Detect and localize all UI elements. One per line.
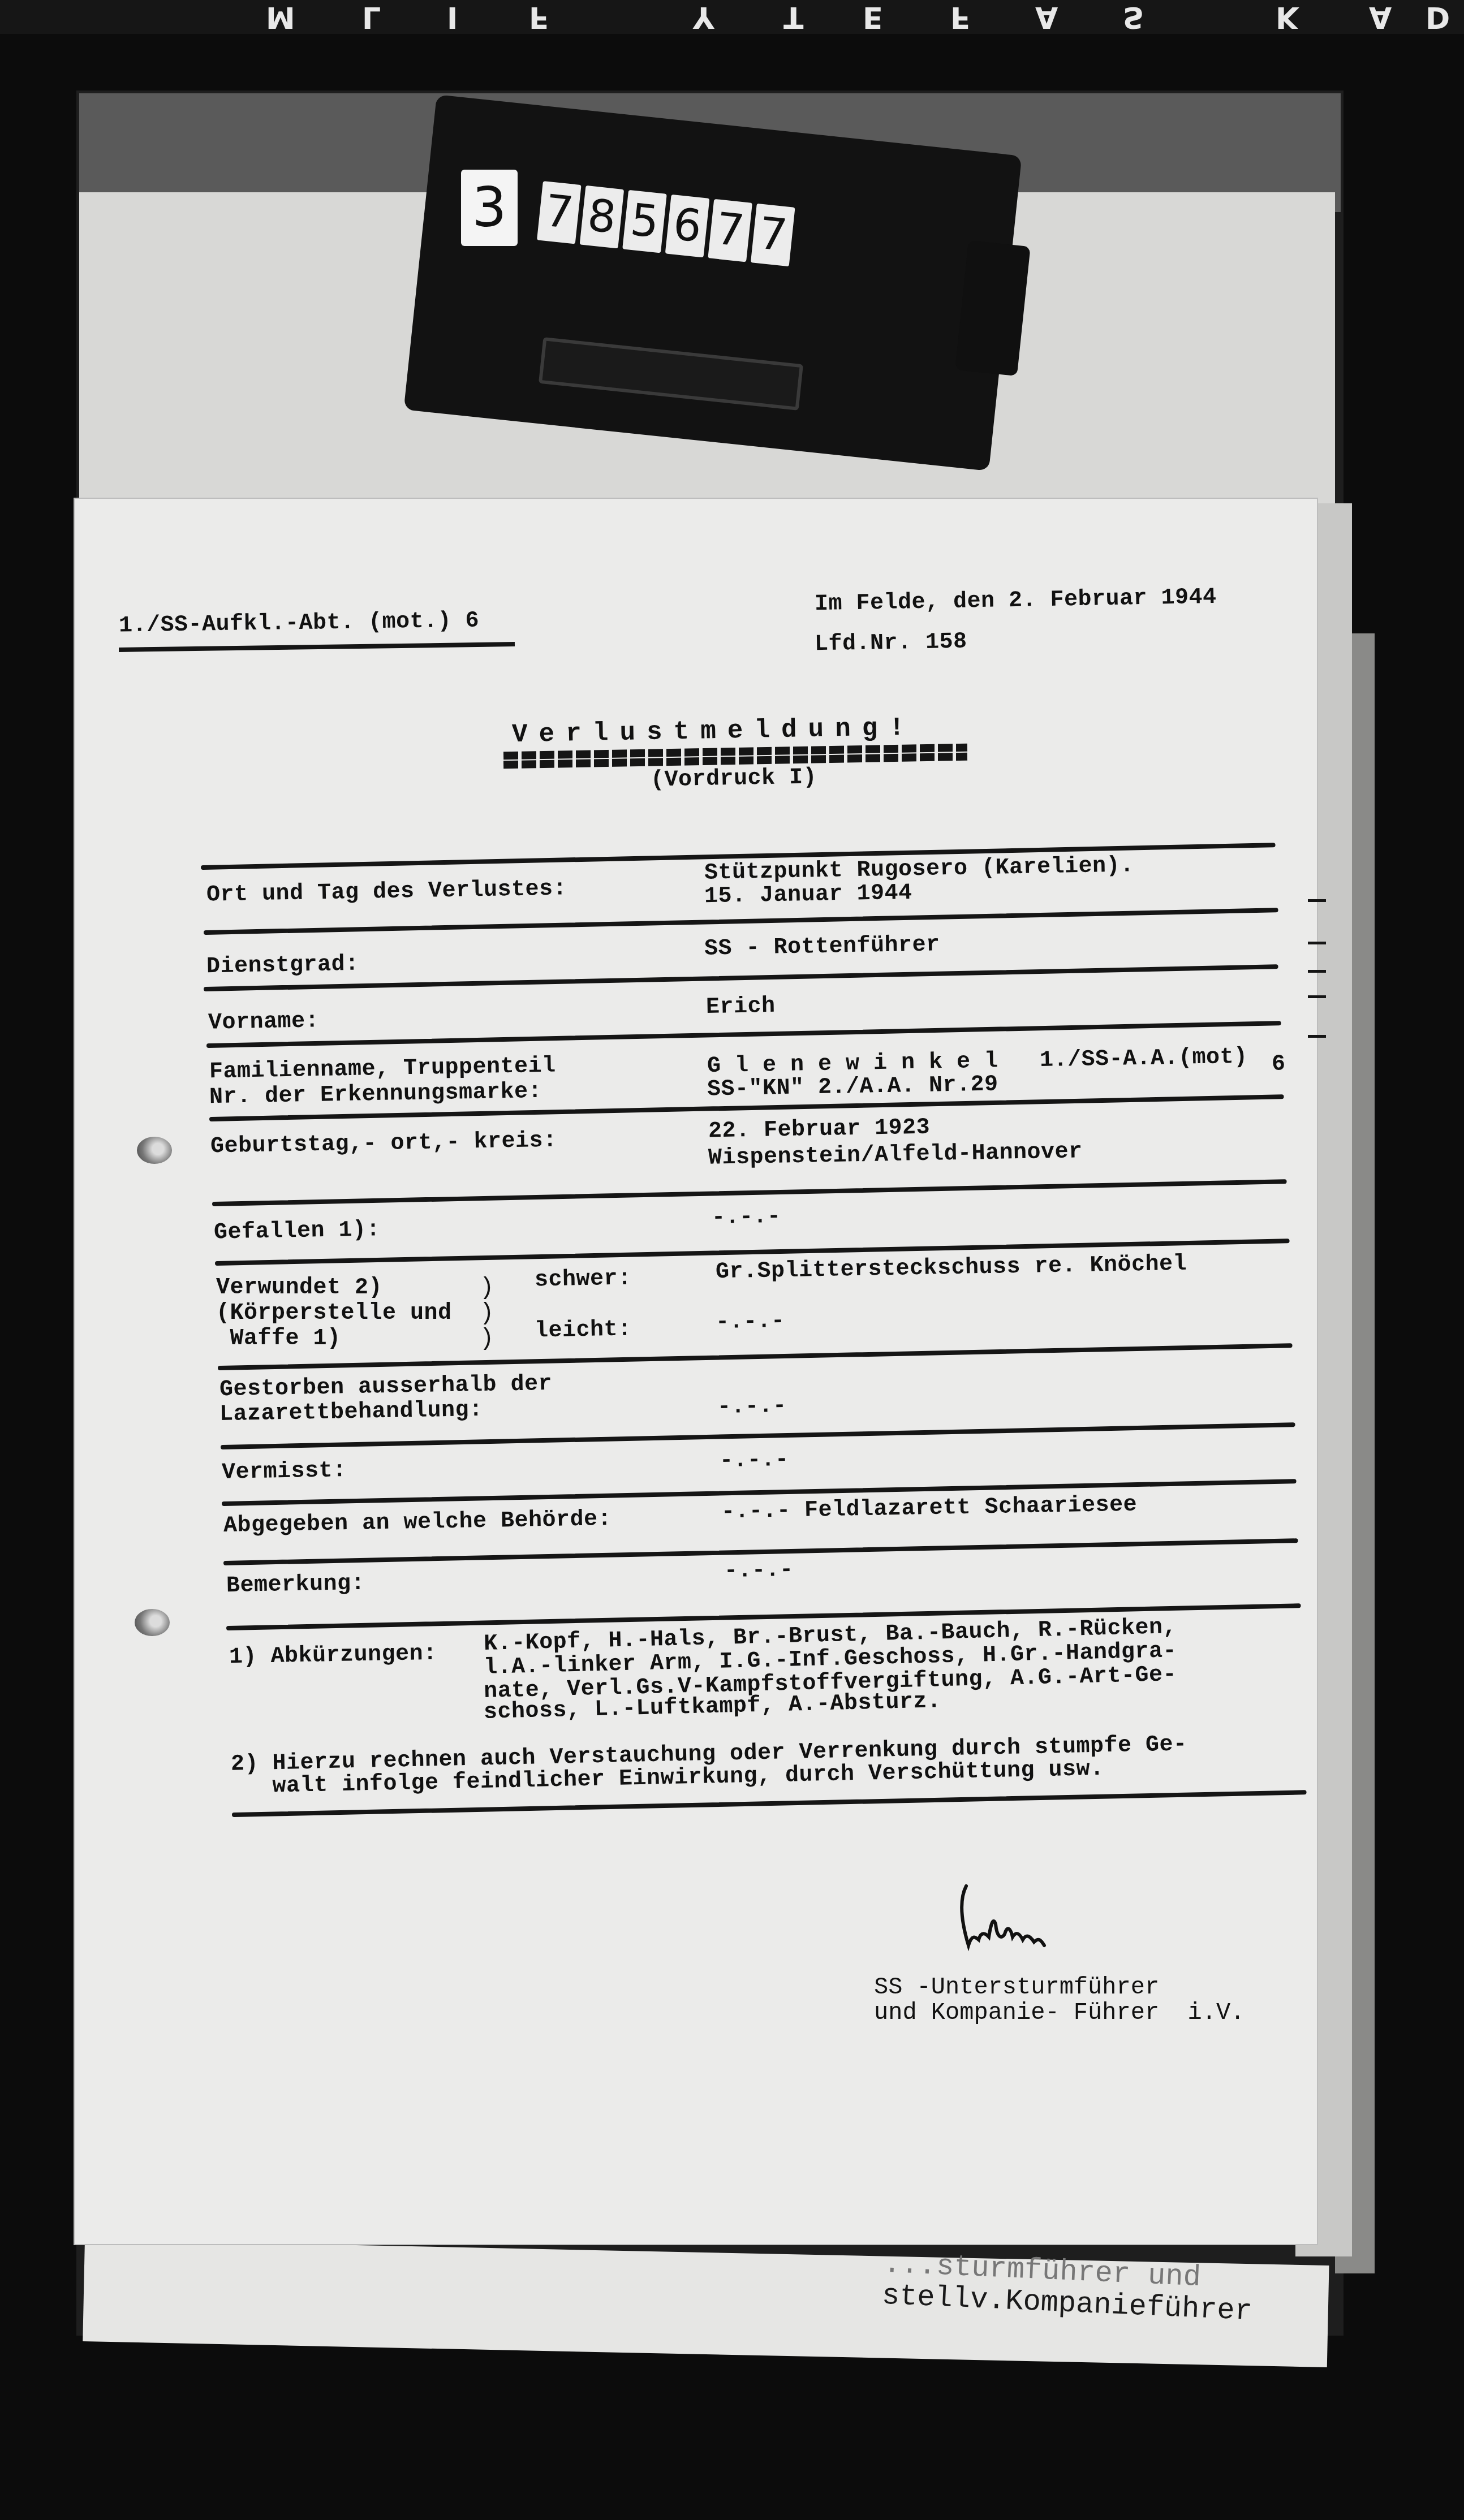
field-label-rank: Dienstgrad: <box>206 952 359 981</box>
footnote-1-label: 1) Abkürzungen: <box>229 1641 437 1671</box>
margin-tick <box>1308 970 1326 973</box>
film-edge-letter: Y <box>693 0 714 34</box>
field-label-wounded-body-part: (Körperstelle und <box>216 1301 452 1327</box>
signature-role: und Kompanie- Führer i.V. <box>874 1999 1245 2026</box>
counter-digit: 8 <box>580 185 625 249</box>
film-edge-letter: F <box>529 0 549 34</box>
punch-hole-icon <box>137 1137 172 1164</box>
film-edge-letter: T <box>783 0 803 34</box>
film-edge-letter: D <box>1426 0 1450 34</box>
margin-tick <box>1308 942 1326 944</box>
brace-icon: ))) <box>480 1275 494 1352</box>
handwritten-signature-icon <box>956 1883 1080 1974</box>
film-edge-letter: E <box>863 0 883 34</box>
field-label-missing: Vermisst: <box>222 1458 347 1486</box>
field-value-first-name: Erich <box>706 994 776 1021</box>
signature-rank: SS -Untersturmführer <box>874 1974 1159 2001</box>
field-label-wounded-weapon: Waffe 1) <box>216 1326 341 1352</box>
field-value-died-outside-hospital: -.-.- <box>717 1393 787 1421</box>
counter-digit: 7 <box>537 181 582 244</box>
film-edge-letter: L <box>362 0 381 34</box>
margin-tick <box>1308 1035 1326 1038</box>
field-value-birth-date: 22. Februar 1923 <box>708 1115 931 1145</box>
margin-tick <box>1308 899 1326 902</box>
film-edge-letter: I <box>447 0 458 34</box>
margin-tick <box>1308 995 1326 998</box>
field-label-remark: Bemerkung: <box>226 1571 365 1599</box>
film-edge-letter: F <box>950 0 971 34</box>
field-label-killed: Gefallen 1): <box>214 1217 381 1246</box>
serial-number: Lfd.Nr. 158 <box>815 629 967 658</box>
frame-counter-device <box>404 94 1022 471</box>
field-label-wounded-light: leicht: <box>535 1317 632 1345</box>
field-value-wounded-light: -.-.- <box>716 1309 785 1336</box>
film-edge-letter: M <box>266 0 295 34</box>
form-subtitle: (Vordruck I) <box>651 765 817 793</box>
counter-digit: 7 <box>708 199 752 262</box>
field-label-died-outside-hospital-2: Lazarettbehandlung: <box>219 1397 483 1428</box>
field-label-wounded: Verwundet 2) <box>216 1275 382 1301</box>
counter-digit: 7 <box>751 204 795 267</box>
counter-digit: 6 <box>665 195 710 258</box>
field-value-unit-suffix: 6 <box>1272 1052 1286 1078</box>
film-edge-letter: A <box>1369 0 1392 34</box>
counter-digit: 5 <box>622 190 667 253</box>
frame-counter-prefix: 3 <box>461 170 518 246</box>
field-label-first-name: Vorname: <box>208 1008 320 1036</box>
punch-hole-icon <box>135 1609 170 1636</box>
field-label-wounded-severe: schwer: <box>535 1266 632 1294</box>
document-title: Verlustmeldung! <box>512 715 916 748</box>
field-value-missing: -.-.- <box>720 1447 789 1474</box>
film-edge-letter: K <box>1276 0 1298 34</box>
film-edge-letter: S <box>1123 0 1144 34</box>
unit-designation: 1./SS-Aufkl.-Abt. (mot.) 6 <box>119 609 480 640</box>
field-value-remark: -.-.- <box>724 1557 794 1585</box>
field-value-killed: -.-.- <box>712 1204 781 1231</box>
field-value-rank: SS - Rottenführer <box>704 932 940 962</box>
film-edge-letter: A <box>1035 0 1058 34</box>
film-edge-strip: D A K S A F E T Y F I L M <box>0 0 1464 34</box>
field-value-loss-date: 15. Januar 1944 <box>704 881 912 910</box>
field-value-tag-number: SS-"KN" 2./A.A. Nr.29 <box>707 1072 998 1103</box>
